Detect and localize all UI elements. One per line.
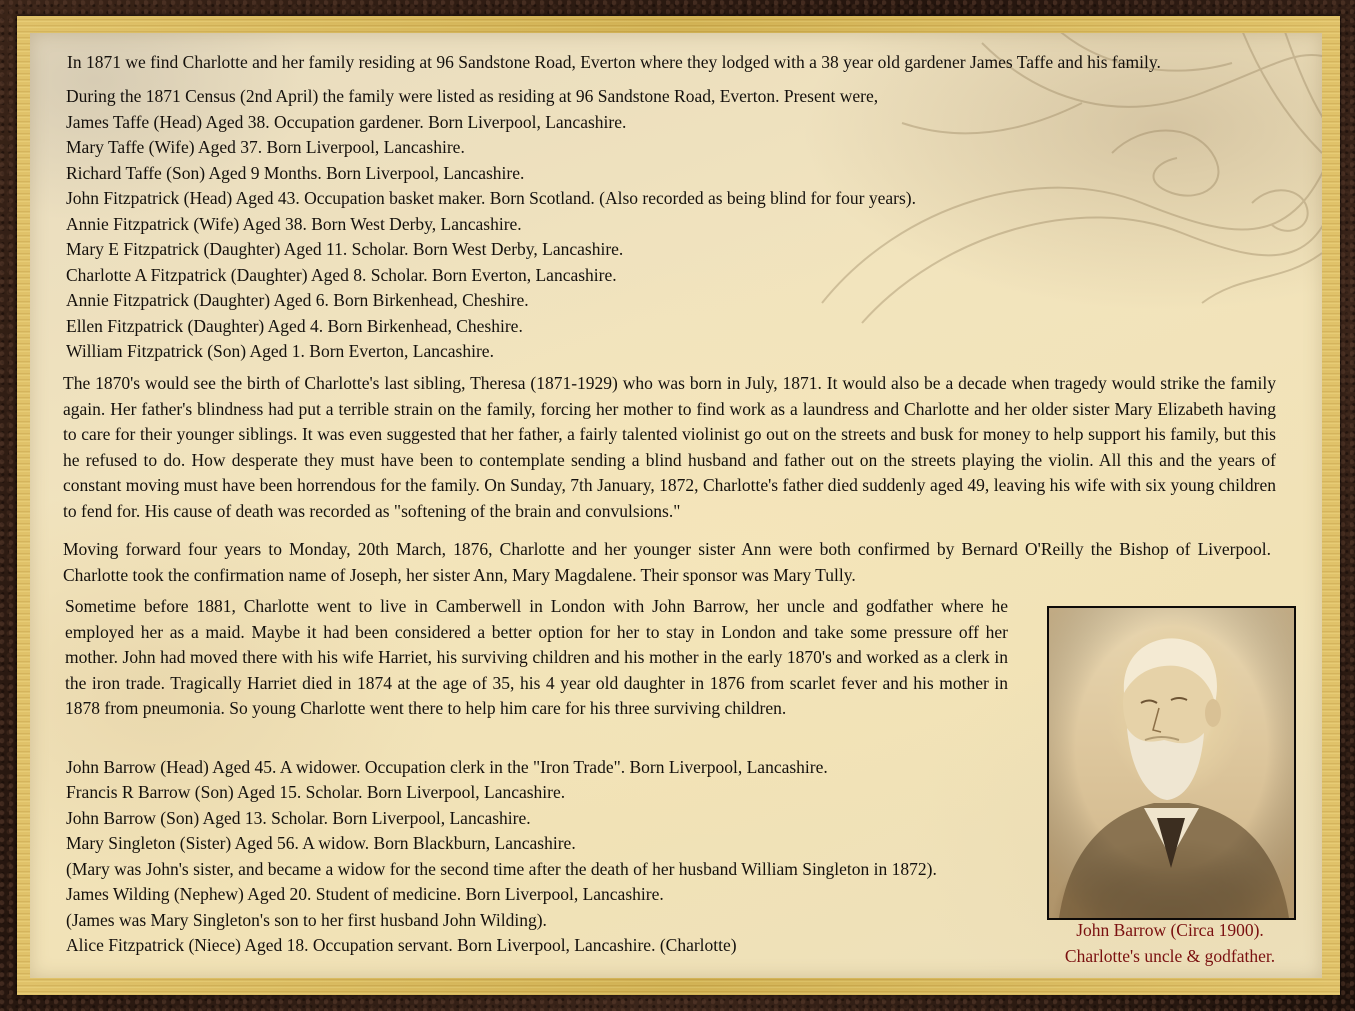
census-entry: James Taffe (Head) Aged 38. Occupation g…: [66, 112, 626, 132]
intro-paragraph: In 1871 we find Charlotte and her family…: [67, 52, 1161, 72]
census-entry: William Fitzpatrick (Son) Aged 1. Born E…: [66, 341, 494, 361]
portrait-photo: [1047, 606, 1296, 920]
census-entry-note: (Mary was John's sister, and became a wi…: [66, 859, 937, 879]
census-entry: Richard Taffe (Son) Aged 9 Months. Born …: [66, 163, 524, 183]
census-entry: John Fitzpatrick (Head) Aged 43. Occupat…: [66, 188, 916, 208]
paragraph-london: Sometime before 1881, Charlotte went to …: [65, 594, 1008, 722]
photo-caption-line1: John Barrow (Circa 1900).: [1030, 917, 1310, 943]
gold-frame: In 1871 we find Charlotte and her family…: [17, 16, 1340, 995]
census-entry: Francis R Barrow (Son) Aged 15. Scholar.…: [66, 782, 565, 802]
census-entry: John Barrow (Head) Aged 45. A widower. O…: [66, 757, 828, 777]
census-1871-heading: During the 1871 Census (2nd April) the f…: [66, 86, 878, 106]
census-entry: Annie Fitzpatrick (Wife) Aged 38. Born W…: [66, 214, 522, 234]
paragraph-1870s: The 1870's would see the birth of Charlo…: [63, 371, 1276, 525]
census-entry: Mary E Fitzpatrick (Daughter) Aged 11. S…: [66, 239, 623, 259]
census-entry: Ellen Fitzpatrick (Daughter) Aged 4. Bor…: [66, 316, 523, 336]
census-entry: Mary Singleton (Sister) Aged 56. A widow…: [66, 833, 576, 853]
census-entry-note: (James was Mary Singleton's son to her f…: [66, 910, 547, 930]
census-entry: Mary Taffe (Wife) Aged 37. Born Liverpoo…: [66, 137, 465, 157]
census-entry: Alice Fitzpatrick (Niece) Aged 18. Occup…: [66, 935, 737, 955]
photo-caption-line2: Charlotte's uncle & godfather.: [1030, 943, 1310, 969]
parchment-page: In 1871 we find Charlotte and her family…: [30, 33, 1322, 978]
census-entry: Annie Fitzpatrick (Daughter) Aged 6. Bor…: [66, 290, 529, 310]
paragraph-confirmation: Moving forward four years to Monday, 20t…: [63, 537, 1271, 588]
census-entry: John Barrow (Son) Aged 13. Scholar. Born…: [66, 808, 531, 828]
census-entry: Charlotte A Fitzpatrick (Daughter) Aged …: [66, 265, 617, 285]
portrait-figure-icon: [1049, 608, 1294, 918]
census-entry: James Wilding (Nephew) Aged 20. Student …: [66, 884, 664, 904]
